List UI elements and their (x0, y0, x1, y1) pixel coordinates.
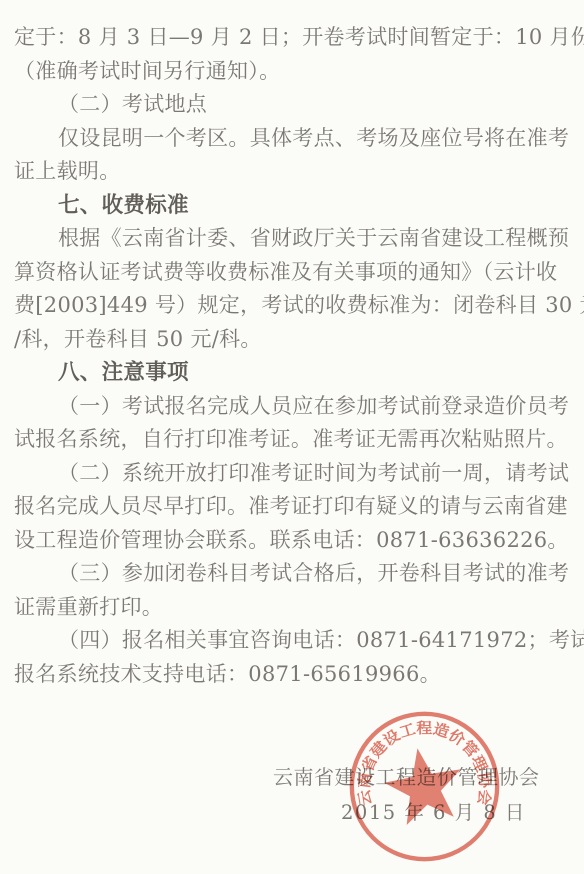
text-line: 仅设昆明一个考区。具体考点、考场及座位号将在准考 (14, 122, 554, 156)
text-line: （一）考试报名完成人员应在参加考试前登录造价员考 (14, 390, 554, 424)
text-line: 证上载明。 (14, 155, 554, 189)
text-line: 根据《云南省计委、省财政厅关于云南省建设工程概预 (14, 222, 554, 256)
text-line: /科，开卷科目 50 元/科。 (14, 323, 554, 357)
text-line: 费[2003]449 号）规定，考试的收费标准为：闭卷科目 30 元 (14, 289, 554, 323)
text-line: （四）报名相关事宜咨询电话：0871-64171972；考试 (14, 624, 554, 658)
document-body: 定于：8 月 3 日—9 月 2 日；开卷考试时间暂定于：10 月份（准确考试时… (14, 21, 554, 691)
text-line: 定于：8 月 3 日—9 月 2 日；开卷考试时间暂定于：10 月份 (14, 21, 554, 55)
text-line: （三）参加闭卷科目考试合格后，开卷科目考试的准考 (14, 557, 554, 591)
text-line: （准确考试时间另行通知）。 (14, 55, 554, 89)
text-line: （二）系统开放打印准考证时间为考试前一周，请考试 (14, 457, 554, 491)
section-heading: 七、收费标准 (14, 189, 554, 223)
text-line: 证需重新打印。 (14, 591, 554, 625)
text-line: （二）考试地点 (14, 88, 554, 122)
text-line: 报名完成人员尽早打印。准考证打印有疑义的请与云南省建 (14, 490, 554, 524)
document-page: 定于：8 月 3 日—9 月 2 日；开卷考试时间暂定于：10 月份（准确考试时… (0, 0, 584, 874)
section-heading: 八、注意事项 (14, 356, 554, 390)
seal-star-icon (379, 742, 468, 828)
text-line: 报名系统技术支持电话：0871-65619966。 (14, 658, 554, 692)
official-seal: 云南省建设工程造价管理协会 (347, 709, 502, 864)
text-line: 试报名系统，自行打印准考证。准考证无需再次粘贴照片。 (14, 423, 554, 457)
text-line: 设工程造价管理协会联系。联系电话：0871-63636226。 (14, 524, 554, 558)
text-line: 算资格认证考试费等收费标准及有关事项的通知》（云计收 (14, 256, 554, 290)
